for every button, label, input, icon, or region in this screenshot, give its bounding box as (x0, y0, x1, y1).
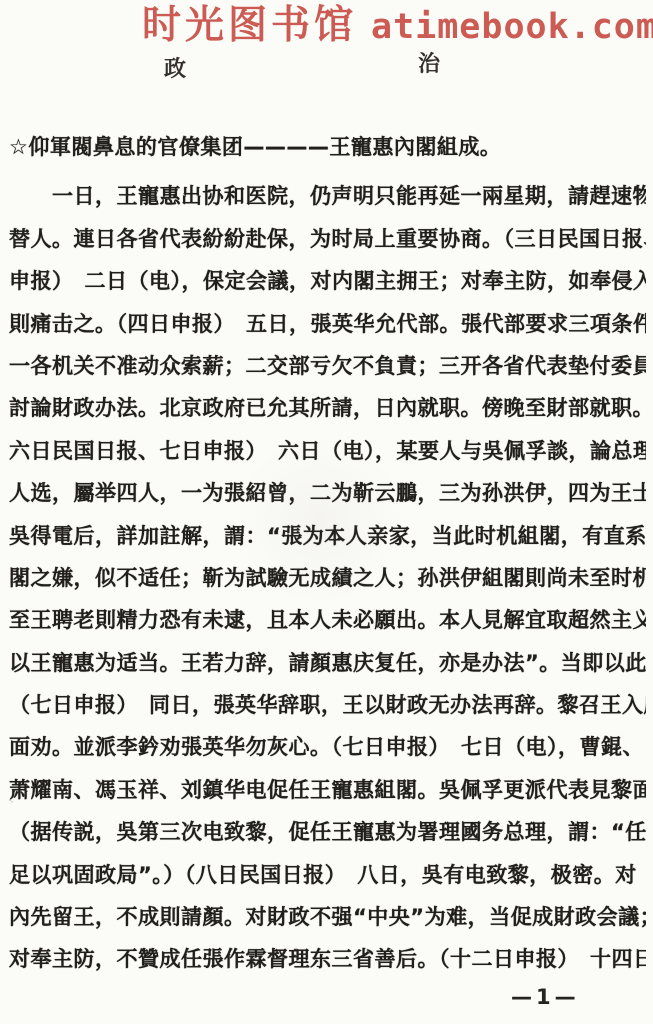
text-line: 申报） 二日（电），保定会議，对内閣主拥王；对奉主防，如奉侵入， (9, 260, 646, 302)
watermark-site-url: atimebook.com (371, 4, 653, 50)
text-line: 閣之嫌，似不适任；靳为試驗无成績之人；孙洪伊組閣則尚未至时机； (9, 557, 646, 599)
text-line: （七日申报） 同日，張英华辞职，王以財政无办法再辞。黎召王入府 (9, 684, 646, 726)
running-header-char-left: 政 (164, 52, 186, 83)
text-line: 替人。連日各省代表紛紛赴保，为时局上重要协商。（三日民国日报、 (9, 218, 646, 260)
text-line: 一各机关不准动众索薪；二交部亏欠不負責；三开各省代表垫付委員会， (9, 345, 646, 387)
text-line: （据传説，吳第三次电致黎，促任王寵惠为署理國务总理，謂：“任王 (9, 811, 646, 853)
text-line: 六日民国日报、七日申报） 六日（电），某要人与吳佩孚談，論总理 (9, 430, 646, 472)
text-line: 人选，屬举四人，一为張紹曾，二为靳云鵬，三为孙洪伊，四为王士珍。 (9, 472, 646, 514)
running-header-char-right: 治 (418, 47, 440, 78)
text-line: 吳得電后，詳加註解，謂：“張为本人亲家，当此时机組閣，有直系內 (9, 515, 646, 557)
text-line: ☆仰軍閥鼻息的官僚集团————王寵惠內閣組成。 (9, 126, 646, 168)
text-line: 对奉主防，不贊成任張作霖督理东三省善后。（十二日申报） 十四日， (9, 938, 646, 980)
page-number: —1— (511, 985, 580, 1009)
text-line: 一日，王寵惠出协和医院，仍声明只能再延一兩星期，請趕速物色 (9, 175, 646, 217)
text-line: 至王聘老則精力恐有未逮，且本人未必願出。本人見解宜取超然主义， (9, 599, 646, 641)
text-line: 討論財政办法。北京政府已允其所請，日內就职。傍晚至財部就职。（ (9, 387, 646, 429)
text-line: 內先留王，不成則請顏。对財政不强“中央”为难，当促成財政会議； (9, 896, 646, 938)
text-line: 以王寵惠为适当。王若力辞，請顏惠庆复任，亦是办法”。当即以此复電。 (9, 642, 646, 684)
text-line: 足以巩固政局”。）（八日民国日报） 八日，吳有电致黎，极密。对 (9, 854, 646, 896)
running-header: 政 治 (0, 46, 653, 76)
scanned-page: 时光图书馆 atimebook.com 政 治 ☆仰軍閥鼻息的官僚集团————王… (0, 0, 653, 1024)
text-line: 面劝。並派李鈐劝張英华勿灰心。（七日申报） 七日（电），曹錕、 (9, 726, 646, 768)
article-body: ☆仰軍閥鼻息的官僚集团————王寵惠內閣組成。 一日，王寵惠出协和医院，仍声明只… (9, 126, 646, 981)
watermark: 时光图书馆 atimebook.com (142, 3, 653, 49)
text-line: 則痛击之。（四日申报） 五日，張英华允代部。張代部要求三項条件： (9, 303, 646, 345)
watermark-library-name: 时光图书馆 (142, 3, 357, 49)
text-line: 萧耀南、馮玉祥、刘鎮华电促任王寵惠組閣。吳佩孚更派代表見黎面促。 (9, 769, 646, 811)
